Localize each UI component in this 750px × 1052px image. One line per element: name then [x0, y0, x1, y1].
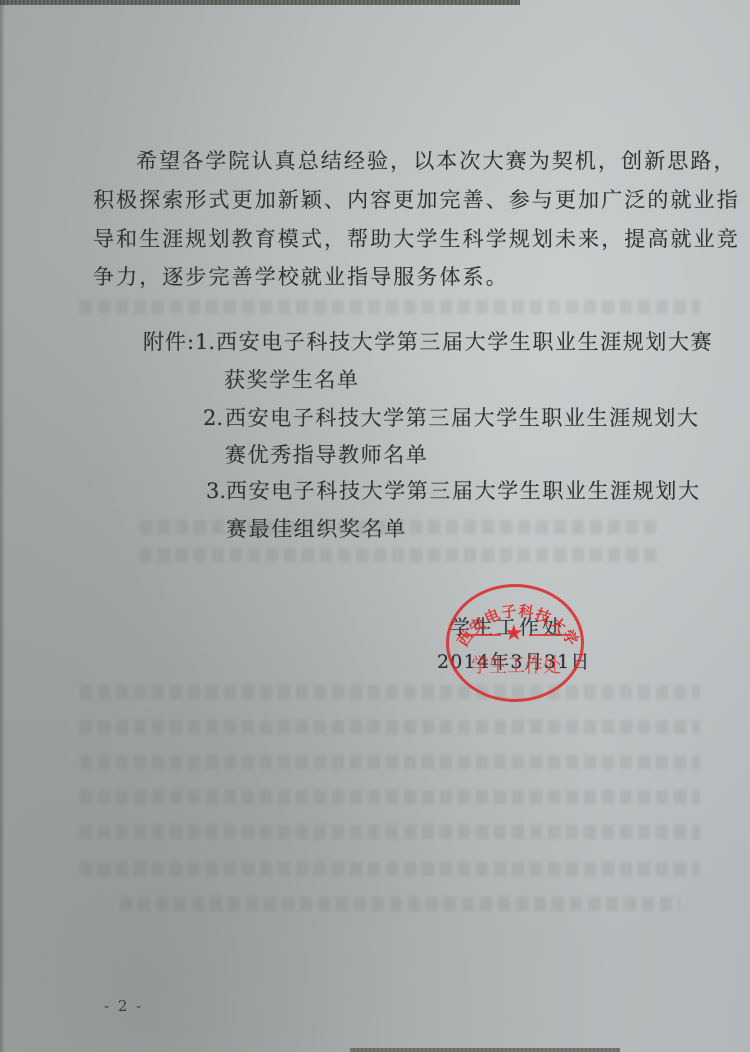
bleed-through-texture — [80, 862, 700, 876]
paragraph-line: 希望各学院认真总结经验，以本次大赛为契机，创新思路， — [136, 151, 737, 172]
attachment-title-line2: 获奖学生名单 — [224, 370, 360, 391]
paragraph-line: 争力，逐步完善学校就业指导服务体系。 — [93, 267, 509, 288]
stamp-arc-text: 西安电子科技大学 — [449, 587, 587, 705]
stamp-rule-right — [529, 634, 571, 636]
attachment-title-line1: 西安电子科技大学第三届大学生职业生涯规划大赛 — [216, 332, 713, 353]
attachment-title-line2: 赛最佳组织奖名单 — [226, 519, 407, 540]
stamp-rule-left — [463, 634, 501, 636]
bleed-through-texture — [80, 790, 700, 804]
stamp-center-text: 学生工作处 — [471, 655, 561, 675]
photo-edge-top — [0, 0, 520, 5]
bleed-through-texture — [80, 300, 700, 314]
attachment-title-line1: 西安电子科技大学第三届大学生职业生涯规划大 — [225, 408, 700, 429]
bleed-through-texture — [80, 755, 700, 769]
bleed-through-texture — [80, 825, 700, 839]
attachment-number: 3. — [206, 481, 226, 502]
attachment-title-line1: 西安电子科技大学第三届大学生职业生涯规划大 — [226, 481, 701, 502]
paragraph-line: 积极探索形式更加新颖、内容更加完善、参与更加广泛的就业指 — [93, 190, 740, 211]
photo-edge-bottom — [350, 1048, 620, 1052]
bleed-through-texture — [80, 720, 700, 734]
page-number: - 2 - — [104, 997, 143, 1015]
star-icon: ★ — [504, 623, 524, 645]
attachment-title-line2: 赛优秀指导教师名单 — [225, 445, 428, 466]
official-stamp: 西安电子科技大学 ★ 学生工作处 — [446, 584, 584, 702]
bleed-through-texture — [120, 897, 680, 911]
attachment-number: 2. — [203, 408, 223, 429]
paragraph-line: 导和生涯规划教育模式，帮助大学生科学规划未来，提高就业竞 — [93, 229, 740, 250]
attachment-number: 1. — [195, 332, 215, 353]
bleed-through-texture — [140, 548, 660, 562]
attachments-label: 附件: — [143, 332, 195, 353]
bleed-through-texture — [80, 685, 700, 699]
page-shadow-left — [0, 0, 5, 1052]
